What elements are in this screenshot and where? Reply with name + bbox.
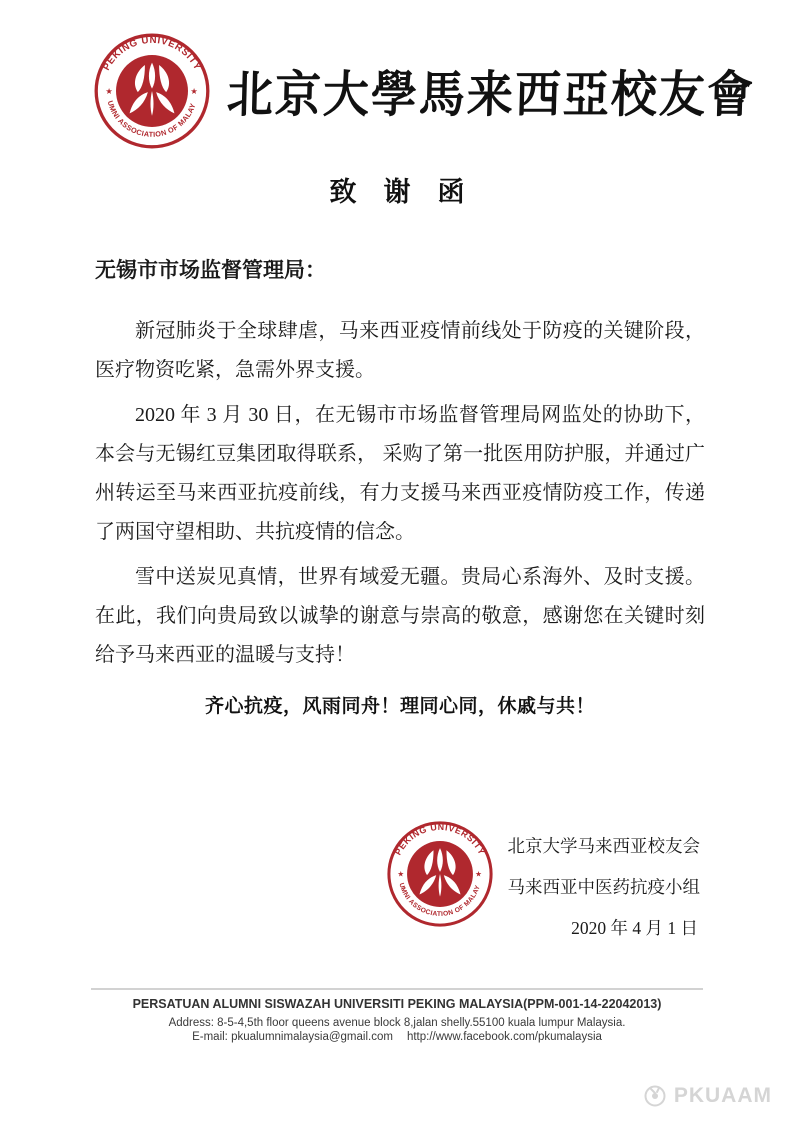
- letterhead: PEKING UNIVERSITY ALUMNI ASSOCIATION OF …: [93, 32, 744, 150]
- pku-alumni-seal-icon: PEKING UNIVERSITY ALUMNI ASSOCIATION OF …: [386, 820, 494, 928]
- letterhead-calligraphy-title: 北京大學馬来西亞校友會: [226, 55, 756, 126]
- signature-org-name: 北京大学马来西亚校友会: [508, 826, 701, 867]
- paragraph-3: 雪中送炭见真情，世界有域爱无疆。贵局心系海外、及时支援。在此，我们向贵局致以诚挚…: [95, 558, 705, 675]
- pkuaam-logo-icon: [642, 1083, 668, 1109]
- paragraph-1: 新冠肺炎于全球肆虐，马来西亚疫情前线处于防疫的关键阶段， 医疗物资吃紧，急需外界…: [95, 312, 705, 390]
- footer-email: E-mail: pkualumnimalaysia@gmail.com: [192, 1031, 393, 1043]
- pku-alumni-seal-icon: PEKING UNIVERSITY ALUMNI ASSOCIATION OF …: [93, 32, 211, 150]
- letter-title: 致 谢 函: [0, 170, 794, 209]
- slogan-line: 齐心抗疫，风雨同舟！理同心同，休戚与共！: [95, 687, 705, 726]
- footer-website: http://www.facebook.com/pkumalaysia: [407, 1031, 602, 1043]
- footer-contact-line: E-mail: pkualumnimalaysia@gmail.comhttp:…: [91, 1031, 703, 1043]
- star-icon: ★: [105, 86, 112, 96]
- letter-page: PEKING UNIVERSITY ALUMNI ASSOCIATION OF …: [0, 0, 794, 1123]
- footer-address-line: Address: 8-5-4,5th floor queens avenue b…: [91, 1017, 703, 1029]
- letter-body: 新冠肺炎于全球肆虐，马来西亚疫情前线处于防疫的关键阶段， 医疗物资吃紧，急需外界…: [95, 312, 705, 726]
- signature-date: 2020 年 4 月 1 日: [508, 908, 701, 949]
- paragraph-2: 2020 年 3 月 30 日，在无锡市市场监督管理局网监处的协助下，本会与无锡…: [95, 396, 705, 552]
- star-icon: ★: [397, 870, 404, 879]
- signature-team-name: 马来西亚中医药抗疫小组: [508, 867, 701, 908]
- footer: PERSATUAN ALUMNI SISWAZAH UNIVERSITI PEK…: [91, 988, 703, 1043]
- signature-text: 北京大学马来西亚校友会 马来西亚中医药抗疫小组 2020 年 4 月 1 日: [508, 820, 701, 949]
- wechat-account-watermark: PKUAAM: [642, 1083, 772, 1109]
- watermark-label: PKUAAM: [674, 1084, 772, 1108]
- salutation: 无锡市市场监督管理局：: [95, 254, 326, 284]
- star-icon: ★: [190, 86, 197, 96]
- footer-registration-line: PERSATUAN ALUMNI SISWAZAH UNIVERSITI PEK…: [91, 997, 703, 1011]
- signature-block: PEKING UNIVERSITY ALUMNI ASSOCIATION OF …: [0, 820, 794, 949]
- star-icon: ★: [475, 870, 482, 879]
